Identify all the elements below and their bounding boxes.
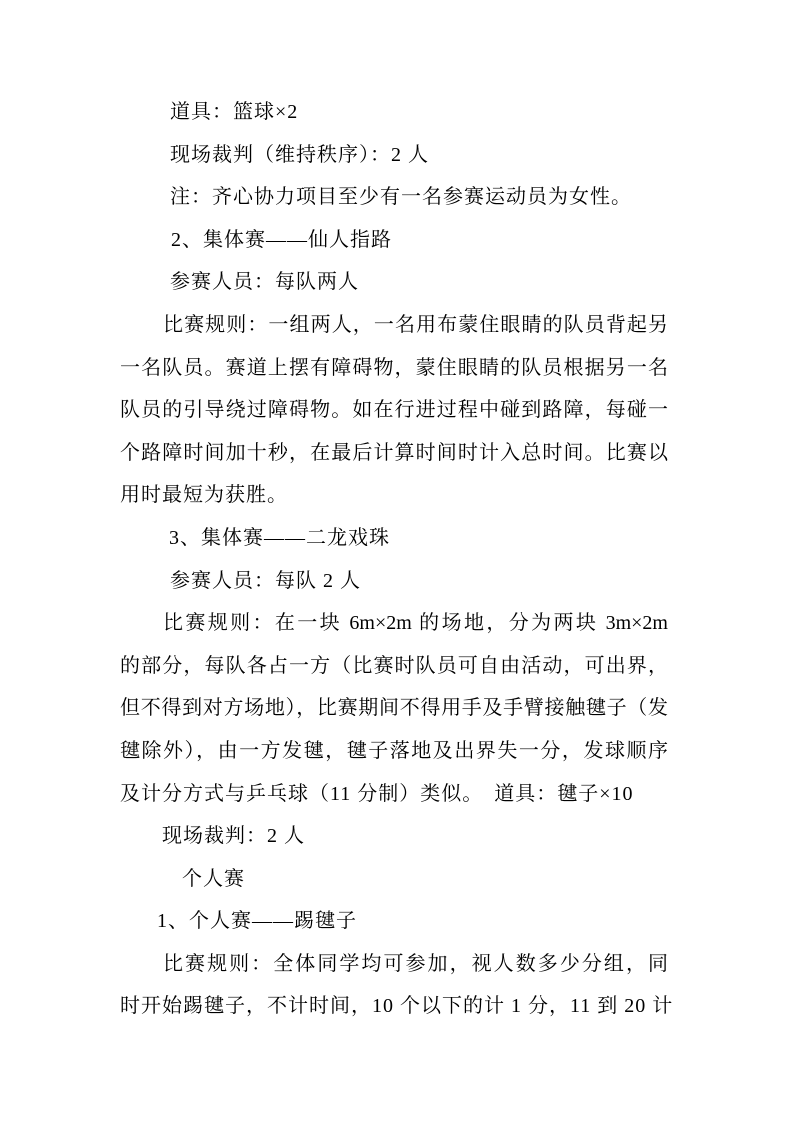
text-line: 注：齐心协力项目至少有一名参赛运动员为女性。 [120,176,668,219]
text-line: 2、集体赛——仙人指路 [120,219,668,262]
text-line: 一名队员。赛道上摆有障碍物，蒙住眼睛的队员根据另一名 [120,347,668,390]
text-line: 1、个人赛——踢毽子 [120,900,668,943]
text-line: 比赛规则：一组两人，一名用布蒙住眼睛的队员背起另 [120,304,668,347]
text-line: 道具：篮球×2 [120,91,668,134]
text-line: 现场裁判（维持秩序）：2 人 [120,134,668,177]
text-line: 3、集体赛——二龙戏珠 [120,517,668,560]
text-line: 参赛人员：每队两人 [120,261,668,304]
text-line: 队员的引导绕过障碍物。如在行进过程中碰到路障，每碰一 [120,389,668,432]
text-line: 比赛规则：全体同学均可参加，视人数多少分组，同 [120,943,668,986]
document-body: 道具：篮球×2现场裁判（维持秩序）：2 人注：齐心协力项目至少有一名参赛运动员为… [120,91,668,1028]
text-line: 用时最短为获胜。 [120,474,668,517]
text-line: 现场裁判：2 人 [120,815,668,858]
text-line: 参赛人员：每队 2 人 [120,560,668,603]
text-line: 时开始踢毽子，不计时间，10 个以下的计 1 分，11 到 20 计 [120,985,668,1028]
text-line: 及计分方式与乒乓球（11 分制）类似。 道具：毽子×10 [120,773,668,816]
text-line: 但不得到对方场地），比赛期间不得用手及手臂接触毽子（发 [120,687,668,730]
text-line: 个人赛 [120,858,668,901]
text-line: 的部分，每队各占一方（比赛时队员可自由活动，可出界， [120,645,668,688]
text-line: 比赛规则：在一块 6m×2m 的场地，分为两块 3m×2m [120,602,668,645]
text-line: 个路障时间加十秒，在最后计算时间时计入总时间。比赛以 [120,432,668,475]
text-line: 毽除外），由一方发毽，毽子落地及出界失一分，发球顺序 [120,730,668,773]
document-page: 道具：篮球×2现场裁判（维持秩序）：2 人注：齐心协力项目至少有一名参赛运动员为… [0,0,794,1123]
